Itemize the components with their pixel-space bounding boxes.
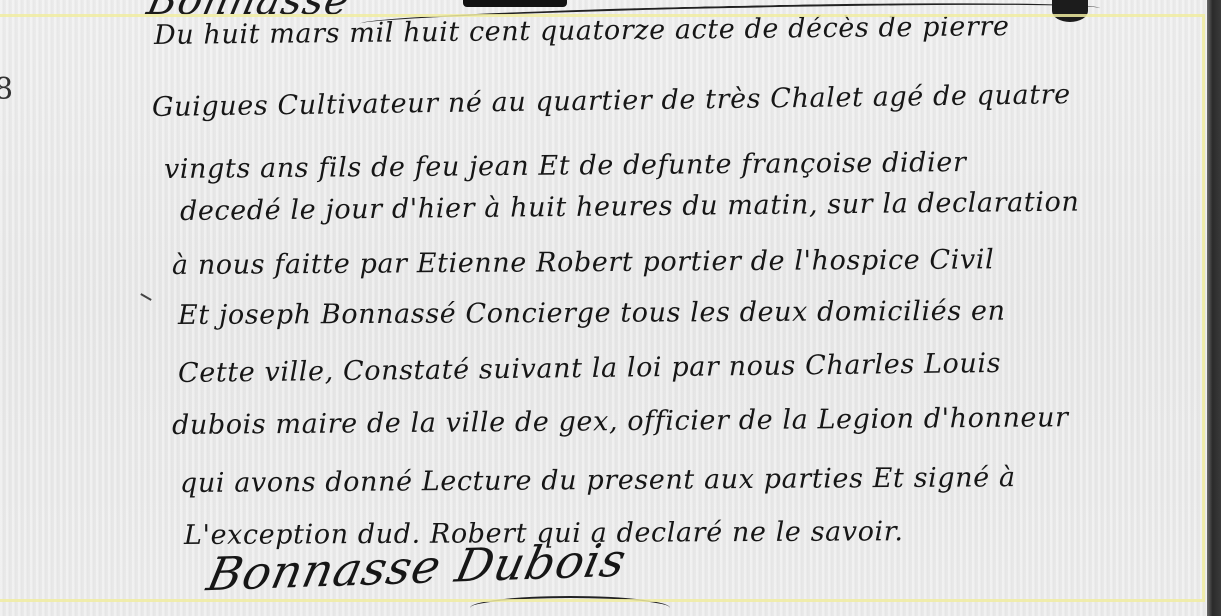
handwritten-line: dubois maire de la ville de gex, officie…: [172, 402, 1069, 441]
handwritten-line: qui avons donné Lecture du present aux p…: [180, 462, 1016, 499]
handwritten-line: à nous faitte par Etienne Robert portier…: [172, 244, 995, 281]
handwritten-line: decedé le jour d'hier à huit heures du m…: [180, 187, 1080, 227]
signature-flourish: [470, 596, 670, 616]
handwritten-line: Cette ville, Constaté suivant la loi par…: [178, 348, 1001, 389]
margin-mark: 8: [0, 72, 13, 107]
ink-blot: [1052, 0, 1088, 22]
page-binding-edge: [1207, 0, 1221, 616]
handwritten-line: Et joseph Bonnassé Concierge tous les de…: [178, 296, 1006, 331]
scanned-document-page: Bonnasse 8 Du huit mars mil huit cent qu…: [0, 0, 1221, 616]
handwritten-line: Guigues Cultivateur né au quartier de tr…: [152, 79, 1071, 123]
handwritten-line: vingts ans fils de feu jean Et de defunt…: [164, 147, 967, 185]
redaction-bar: [463, 0, 567, 7]
margin-tick: [140, 293, 151, 301]
